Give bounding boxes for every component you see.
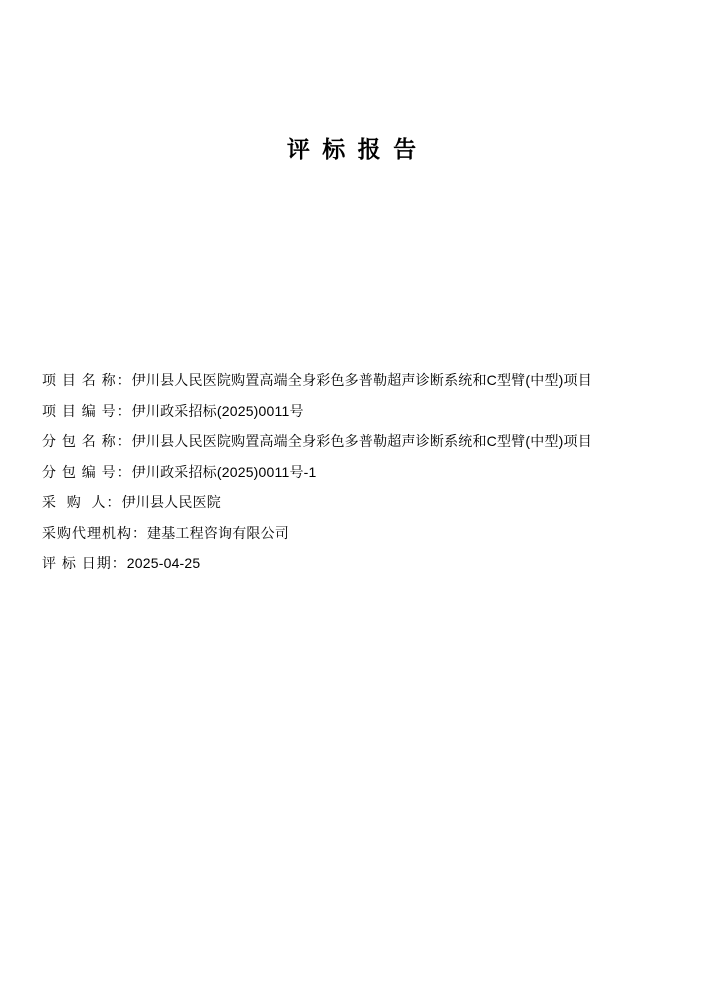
field-value: 建基工程咨询有限公司 [147,524,289,543]
field-value: 2025-04-25 [127,554,201,573]
fields-block: 项 目 名 称： 伊川县人民医院购置高端全身彩色多普勒超声诊断系统和C型臂(中型… [42,371,686,585]
field-row-evaluation-date: 评 标 日期： 2025-04-25 [42,554,686,585]
field-label: 评 标 日期： [42,554,127,573]
field-row-purchaser: 采 购 人： 伊川县人民医院 [42,493,686,524]
field-row-project-number: 项 目 编 号： 伊川政采招标(2025)0011号 [42,402,686,433]
field-row-package-name: 分 包 名 称： 伊川县人民医院购置高端全身彩色多普勒超声诊断系统和C型臂(中型… [42,432,686,463]
field-label: 采购代理机构： [42,524,147,543]
field-label: 项 目 编 号： [42,402,132,421]
report-title: 评 标 报 告 [0,131,706,164]
field-row-procurement-agency: 采购代理机构： 建基工程咨询有限公司 [42,524,686,555]
field-row-project-name: 项 目 名 称： 伊川县人民医院购置高端全身彩色多普勒超声诊断系统和C型臂(中型… [42,371,686,402]
document-page: 评 标 报 告 项 目 名 称： 伊川县人民医院购置高端全身彩色多普勒超声诊断系… [0,0,706,1000]
field-label: 分 包 名 称： [42,432,132,451]
field-label: 采 购 人： [42,493,122,512]
field-label: 项 目 名 称： [42,371,132,390]
field-value: 伊川政采招标(2025)0011号-1 [132,463,317,482]
field-value: 伊川县人民医院 [122,493,221,512]
field-value: 伊川县人民医院购置高端全身彩色多普勒超声诊断系统和C型臂(中型)项目 [132,432,592,451]
field-label: 分 包 编 号： [42,463,132,482]
field-value: 伊川政采招标(2025)0011号 [132,402,304,421]
field-value: 伊川县人民医院购置高端全身彩色多普勒超声诊断系统和C型臂(中型)项目 [132,371,592,390]
field-row-package-number: 分 包 编 号： 伊川政采招标(2025)0011号-1 [42,463,686,494]
